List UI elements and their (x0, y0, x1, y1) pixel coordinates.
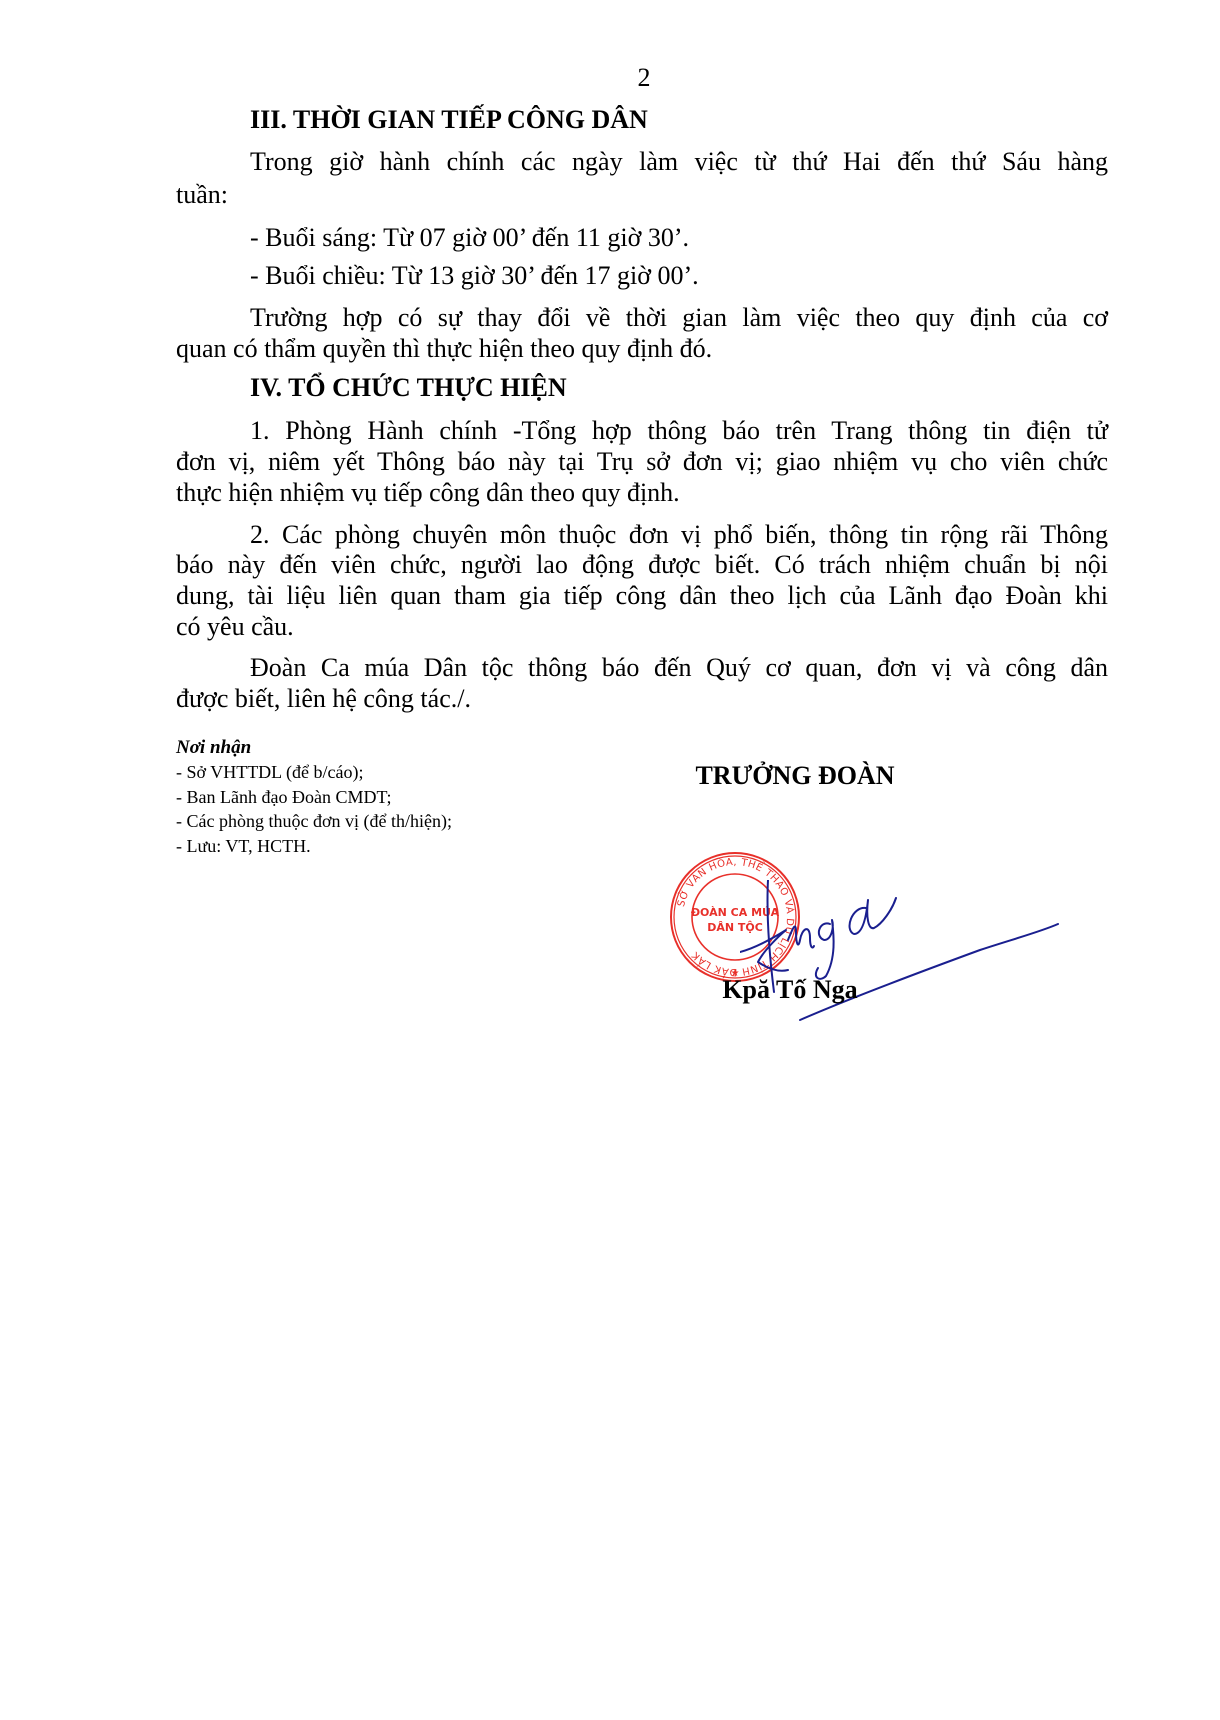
recipients-title: Nơi nhận (176, 736, 251, 761)
recipient-item: - Ban Lãnh đạo Đoàn CMDT; (176, 785, 391, 810)
item-1-line-1: 1. Phòng Hành chính -Tổng hợp thông báo … (250, 415, 1108, 447)
schedule-change-line-2: quan có thẩm quyền thì thực hiện theo qu… (176, 333, 1108, 365)
handwritten-signature (740, 880, 1060, 1030)
item-2-line-2: báo này đến viên chức, người lao động đư… (176, 549, 1108, 581)
recipient-item: - Các phòng thuộc đơn vị (để th/hiện); (176, 809, 452, 834)
item-2-line-1: 2. Các phòng chuyên môn thuộc đơn vị phổ… (250, 519, 1108, 551)
item-1-line-2: đơn vị, niêm yết Thông báo này tại Trụ s… (176, 446, 1108, 478)
signer-name: Kpă Tố Nga (640, 974, 940, 1006)
document-page: 2 III. THỜI GIAN TIẾP CÔNG DÂN Trong giờ… (0, 0, 1220, 1720)
section-3-intro-line-1: Trong giờ hành chính các ngày làm việc t… (250, 146, 1108, 178)
afternoon-hours: - Buổi chiều: Từ 13 giờ 30’ đến 17 giờ 0… (250, 260, 1108, 292)
page-number: 2 (0, 62, 1220, 94)
morning-hours: - Buổi sáng: Từ 07 giờ 00’ đến 11 giờ 30… (250, 222, 1108, 254)
recipient-item: - Sở VHTTDL (để b/cáo); (176, 760, 363, 785)
section-3-heading: III. THỜI GIAN TIẾP CÔNG DÂN (250, 104, 1108, 136)
schedule-change-line-1: Trường hợp có sự thay đổi về thời gian l… (250, 302, 1108, 334)
recipient-item: - Lưu: VT, HCTH. (176, 834, 311, 859)
section-3-intro-line-2: tuần: (176, 179, 1108, 211)
signer-title: TRƯỞNG ĐOÀN (645, 760, 945, 792)
item-2-line-4: có yêu cầu. (176, 611, 1108, 643)
item-2-line-3: dung, tài liệu liên quan tham gia tiếp c… (176, 580, 1108, 612)
closing-line-2: được biết, liên hệ công tác./. (176, 683, 1108, 715)
item-1-line-3: thực hiện nhiệm vụ tiếp công dân theo qu… (176, 477, 1108, 509)
section-4-heading: IV. TỔ CHỨC THỰC HIỆN (250, 372, 1108, 404)
closing-line-1: Đoàn Ca múa Dân tộc thông báo đến Quý cơ… (250, 652, 1108, 684)
